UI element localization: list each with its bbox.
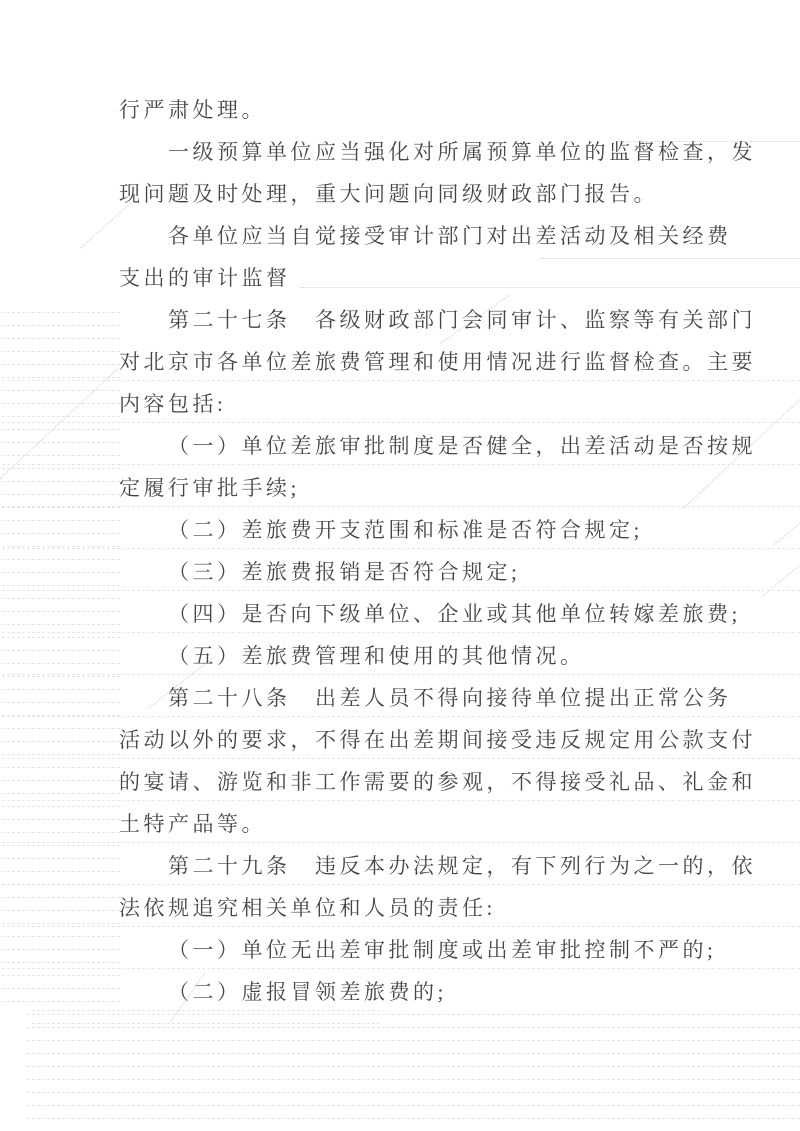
document-line: （二）差旅费开支范围和标准是否符合规定; [119, 509, 784, 551]
document-line: 土特产品等。 [119, 803, 784, 845]
scan-artifact-diagonal [0, 369, 118, 479]
document-line: （五）差旅费管理和使用的其他情况。 [119, 635, 784, 677]
document-line: 内容包括: [119, 383, 784, 425]
document-line: 现问题及时处理，重大问题向同级财政部门报告。 [119, 173, 784, 215]
document-line: 第二十七条 各级财政部门会同审计、监察等有关部门 [119, 299, 784, 341]
document-page: 行严肃处理。一级预算单位应当强化对所属预算单位的监督检查，发现问题及时处理，重大… [0, 0, 800, 1131]
document-line: 第二十九条 违反本办法规定，有下列行为之一的，依 [119, 845, 784, 887]
document-line: 支出的审计监督 [119, 257, 784, 299]
document-line: 定履行审批手续; [119, 467, 784, 509]
document-line: （四）是否向下级单位、企业或其他单位转嫁差旅费; [119, 593, 784, 635]
document-line: 法依规追究相关单位和人员的责任: [119, 887, 784, 929]
document-line: 活动以外的要求，不得在出差期间接受违反规定用公款支付 [119, 719, 784, 761]
scan-artifact-dotted-rows-left [0, 300, 120, 1006]
document-line: （二）虚报冒领差旅费的; [119, 971, 784, 1013]
document-line: 行严肃处理。 [119, 89, 784, 131]
document-line: 各单位应当自觉接受审计部门对出差活动及相关经费 [119, 215, 784, 257]
document-line: 对北京市各单位差旅费管理和使用情况进行监督检查。主要 [119, 341, 784, 383]
document-line: （一）单位差旅审批制度是否健全，出差活动是否按规 [119, 425, 784, 467]
document-line: 的宴请、游览和非工作需要的参观，不得接受礼品、礼金和 [119, 761, 784, 803]
document-line: （一）单位无出差审批制度或出差审批控制不严的; [119, 929, 784, 971]
document-line: 第二十八条 出差人员不得向接待单位提出正常公务 [119, 677, 784, 719]
scan-artifact-dotted-rows-bottom [25, 1002, 800, 1131]
document-line: 一级预算单位应当强化对所属预算单位的监督检查，发 [119, 131, 784, 173]
document-text: 行严肃处理。一级预算单位应当强化对所属预算单位的监督检查，发现问题及时处理，重大… [119, 89, 784, 1013]
document-line: （三）差旅费报销是否符合规定; [119, 551, 784, 593]
